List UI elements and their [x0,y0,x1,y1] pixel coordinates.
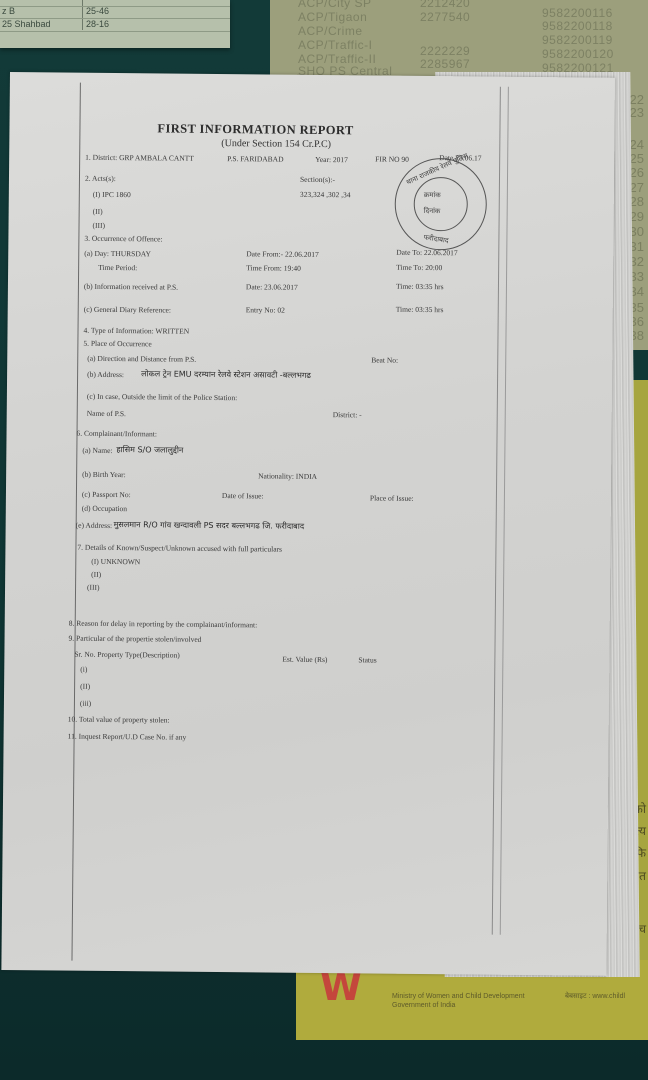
accused-i: (I) UNKNOWN [91,557,140,566]
handwritten-note-paper: z B 25-46 25 Shahbad 28-16 [0,0,230,48]
address-label: (b) Address: [87,370,124,379]
act-iii: (III) [92,221,105,230]
note-row-right: 25-46 [86,6,109,16]
board-side-number: 26 [630,165,644,180]
district-field: 1. District: GRP AMBALA CANTT [85,153,194,163]
contact-phone: 2285967 [420,57,470,71]
contact-mobile: 9582200119 [542,33,613,47]
act-ii: (II) [93,207,103,216]
gd-entry-number: Entry No: 02 [246,305,285,314]
contact-mobile: 9582200120 [542,47,614,61]
direction-distance-label: (a) Direction and Distance from P.S. [87,354,196,364]
property-row-i: (i) [80,665,87,674]
right-margin-rule [500,87,509,935]
note-row-right: 28-16 [86,19,109,29]
board-side-number: 28 [630,194,644,209]
poster-ministry-text: Ministry of Women and Child Development … [392,992,525,1010]
occurrence-label: 3. Occurrence of Offence: [84,234,162,244]
poster-website: बेबसाइट : www.childl [565,992,625,1001]
nationality-field: Nationality: INDIA [258,471,317,481]
poster-hindi-text: च [638,920,646,937]
birth-year-label: (b) Birth Year: [82,470,126,479]
contact-mobile: 9582200116 [542,6,613,20]
date-from-field: Date From:- 22.06.2017 [246,249,319,259]
note-row-left: z B [2,6,15,16]
police-station-field: P.S. FARIDABAD [227,154,283,164]
contact-phone: 2222229 [420,44,470,58]
property-label: 9. Particular of the propertie stolen/in… [69,634,202,644]
board-side-number: 23 [630,105,644,120]
beat-no-label: Beat No: [371,355,398,364]
complainant-address-label: (e) Address: [76,521,113,530]
contact-label: ACP/Tigaon [298,10,367,24]
gd-reference-label: (c) General Diary Reference: [84,305,171,315]
accused-details-label: 7. Details of Known/Suspect/Unknown accu… [77,543,282,554]
fir-number-field: FIR NO 90 [375,155,409,164]
contact-label: ACP/Traffic-I [298,38,373,52]
year-field: Year: 2017 [315,155,348,164]
complainant-name-label: (a) Name: [82,446,112,455]
police-station-stamp: थाना राजकीय रेलवे पुलिस क्रमांक दिनांक फ… [394,158,487,251]
information-type: 4. Type of Information: WRITTEN [83,326,189,336]
contact-mobile: 9582200118 [542,19,613,33]
address-value: लोकल ट्रेन EMU दरम्यान रेलवे स्टेशन असाव… [141,368,311,381]
time-from-field: Time From: 19:40 [246,263,301,273]
place-of-issue-label: Place of Issue: [370,493,414,502]
info-received-date: Date: 23.06.2017 [246,282,298,291]
total-value-label: 10. Total value of property stolen: [68,715,170,725]
act-i-sections: 323,324 ,302 ,34 [300,190,351,199]
property-row-ii: (II) [80,682,90,691]
stamp-bottom-text: फरीदाबाद [423,233,449,246]
property-row-iii: (iii) [80,699,91,708]
name-of-ps-label: Name of P.S. [87,409,126,418]
acts-label: 2. Acts(s): [85,174,116,183]
document-subtitle: (Under Section 154 Cr.P.C) [221,138,331,150]
document-title: FIRST INFORMATION REPORT [157,121,353,138]
board-side-number: 25 [630,151,644,166]
info-received-label: (b) Information received at P.S. [84,282,178,292]
delay-reason-label: 8. Reason for delay in reporting by the … [69,619,258,630]
info-received-time: Time: 03:35 hrs [396,282,444,291]
place-of-occurrence-label: 5. Place of Occurrence [83,339,151,349]
property-header-status: Status [358,655,376,664]
inquest-report-label: 11. Inquest Report/U.D Case No. if any [68,732,187,742]
complainant-address-value: मुसलमान R/O गांव खन्दावली PS सदर बल्लभगढ… [114,519,305,532]
stamp-date-label: दिनांक [424,207,441,216]
property-header-value: Est. Value (Rs) [282,655,327,664]
time-to-field: Time To: 20:00 [396,263,442,272]
passport-label: (c) Passport No: [82,490,131,499]
day-field: (a) Day: THURSDAY [84,249,151,259]
contact-phone: 2277540 [420,10,470,24]
accused-iii: (III) [87,583,100,592]
district-label-2: District: - [333,410,362,419]
fir-document-page: FIRST INFORMATION REPORT (Under Section … [1,72,615,976]
note-row-left: 25 Shahbad [2,19,51,29]
contact-label: ACP/Crime [298,24,363,38]
contact-label: ACP/City SP [298,0,372,10]
right-margin-rule [492,87,501,935]
occupation-label: (d) Occupation [82,504,127,513]
outside-limit-label: (c) In case, Outside the limit of the Po… [87,392,237,402]
board-side-number: 27 [630,180,644,195]
act-i: (I) IPC 1860 [93,190,131,199]
accused-ii: (II) [91,570,101,579]
sections-label: Section(s):- [300,175,335,184]
date-of-issue-label: Date of Issue: [222,491,264,500]
contact-phone: 2212420 [420,0,470,10]
board-side-number: 24 [630,137,644,152]
complainant-name-value: हासिम S/O जलालुद्दीन [116,444,183,456]
time-period-label: Time Period: [98,263,137,272]
complainant-label: 6. Complainant/Informant: [76,429,156,439]
property-header-description: Sr. No. Property Type(Description) [74,650,179,660]
gd-time: Time: 03:35 hrs [396,305,444,314]
stamp-number-label: क्रमांक [424,191,441,200]
